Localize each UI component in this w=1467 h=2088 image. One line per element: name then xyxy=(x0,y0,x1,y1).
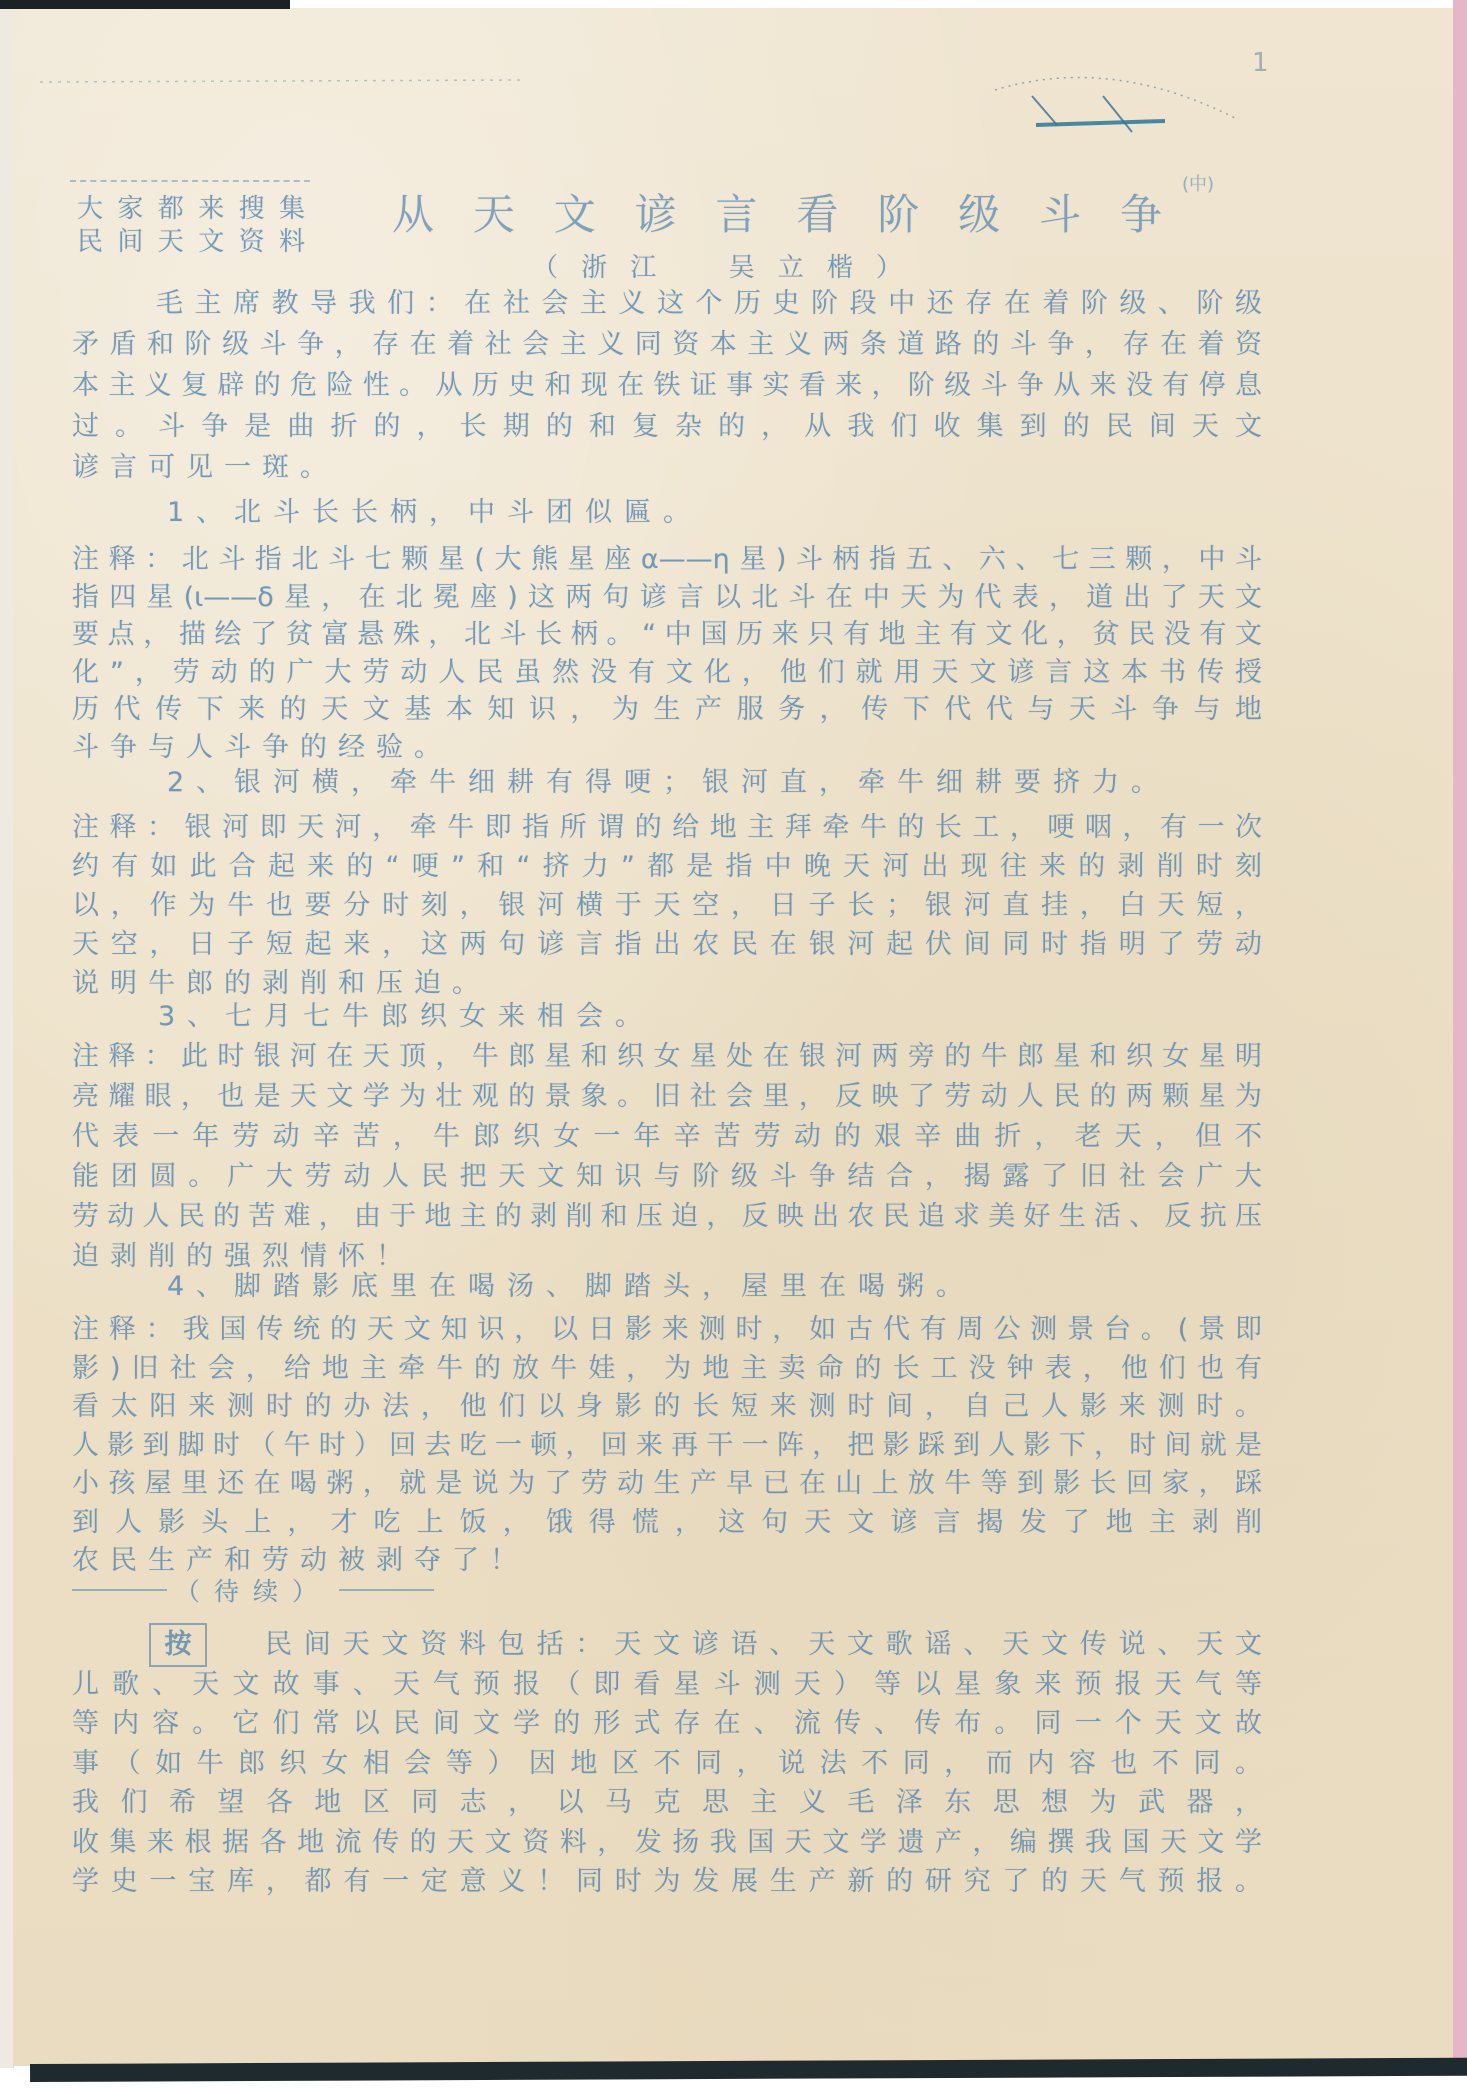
saying-notes: 注释：此时银河在天顶，牛郎星和织女星处在银河两旁的牛郎星和织女星明亮耀眼，也是天… xyxy=(72,1037,1262,1277)
saying-text: 脚踏影底里在喝汤、脚踏头，屋里在喝粥。 xyxy=(234,1268,975,1306)
page-title: 从天文谚言看阶级斗争 xyxy=(392,188,1162,242)
intro-line: 谚言可见一斑。 xyxy=(72,447,1262,488)
saying-text: 北斗长长柄，中斗团似匾。 xyxy=(234,494,702,532)
series-label-line: 大家都来搜集 xyxy=(77,193,305,226)
scan-right-edge xyxy=(1453,0,1467,2070)
note-line: 注释：此时银河在天顶，牛郎星和织女星处在银河两旁的牛郎星和织女星明 xyxy=(72,1037,1262,1077)
saying-number: 3、 xyxy=(158,998,226,1036)
dash-rule xyxy=(72,1589,167,1591)
saying-notes: 注释：银河即天河，牵牛即指所谓的给地主拜牵牛的长工，哽咽，有一次约有如此合起来的… xyxy=(72,808,1262,1003)
note-line: 注释：银河即天河，牵牛即指所谓的给地主拜牵牛的长工，哽咽，有一次 xyxy=(72,808,1262,847)
note-line: 天空，日子短起来，这两句谚言指出农民在银河起伏间同时指明了劳动 xyxy=(72,925,1262,964)
editor-note-line: 收集来根据各地流传的天文资料，发扬我国天文学遗产，编撰我国天文学 xyxy=(72,1823,1262,1863)
note-line: 代表一年劳动辛苦，牛郎织女一年辛苦劳动的艰辛曲折，老天，但不 xyxy=(72,1117,1262,1157)
series-label: 大家都来搜集民间天文资料 xyxy=(77,193,305,259)
intro-paragraph: 毛主席教导我们：在社会主义这个历史阶段中还存在着阶级、阶级矛盾和阶级斗争，存在着… xyxy=(72,283,1262,488)
dash-rule xyxy=(339,1589,434,1591)
byline: （浙江 吴立楷） xyxy=(532,250,902,286)
note-line: 影)旧社会，给地主牵牛的放牛娃，为地主卖命的长工没钟表，他们也有 xyxy=(72,1350,1262,1389)
to-be-continued-text: （待续） xyxy=(167,1572,339,1608)
editor-note-line: 我们希望各地区同志，以马克思主义毛泽东思想为武器， xyxy=(72,1783,1262,1823)
saying-number: 1、 xyxy=(167,494,235,532)
note-line: 小孩屋里还在喝粥，就是说为了劳动生产早已在山上放牛等到影长回家，踩 xyxy=(72,1465,1262,1504)
note-line: 注释：北斗指北斗七颗星(大熊星座α——η星)斗柄指五、六、七三颗，中斗 xyxy=(72,541,1262,579)
editor-note-line: 民间天文资料包括：天文谚语、天文歌谣、天文传说、天文 xyxy=(265,1625,1262,1665)
note-line: 劳动人民的苦难，由于地主的剥削和压迫，反映出农民追求美好生活、反抗压 xyxy=(72,1197,1262,1237)
note-line: 人影到脚时（午时）回去吃一顿，回来再干一阵，把影踩到人影下，时间就是 xyxy=(72,1427,1262,1466)
editor-note-line: 学史一宝库，都有一定意义！同时为发展生产新的研究了的天气预报。 xyxy=(72,1862,1262,1902)
note-line: 约有如此合起来的“哽”和“挤力”都是指中晚天河出现往来的剥削时刻 xyxy=(72,847,1262,886)
note-line: 能团圆。广大劳动人民把天文知识与阶级斗争结合，揭露了旧社会广大 xyxy=(72,1157,1262,1197)
saying-number: 2、 xyxy=(167,764,235,802)
saying-text: 七月七牛郎织女来相会。 xyxy=(225,998,654,1036)
saying-notes: 注释：我国传统的天文知识，以日影来测时，如古代有周公测景台。(景即影)旧社会，给… xyxy=(72,1311,1262,1581)
intro-line: 本主义复辟的危险性。从历史和现在铁证事实看来，阶级斗争从来没有停息 xyxy=(72,365,1262,406)
note-line: 斗争与人斗争的经验。 xyxy=(72,729,1262,767)
note-line: 以，作为牛也要分时刻，银河横于天空，日子长；银河直挂，白天短， xyxy=(72,886,1262,925)
title-part-marker: (中) xyxy=(1182,170,1214,196)
editor-note-line: 儿歌、天文故事、天气预报（即看星斗测天）等以星象来预报天气等 xyxy=(72,1665,1262,1705)
intro-line: 过。斗争是曲折的，长期的和复杂的，从我们收集到的民间天文 xyxy=(72,406,1262,447)
note-line: 亮耀眼，也是天文学为壮观的景象。旧社会里，反映了劳动人民的两颗星为 xyxy=(72,1077,1262,1117)
saying-number: 4、 xyxy=(167,1268,235,1306)
note-line: 看太阳来测时的办法，他们以身影的长短来测时间，自己人影来测时。 xyxy=(72,1388,1262,1427)
note-line: 要点，描绘了贫富悬殊，北斗长柄。“中国历来只有地主有文化，贫民没有文 xyxy=(72,616,1262,654)
note-line: 注释：我国传统的天文知识，以日影来测时，如古代有周公测景台。(景即 xyxy=(72,1311,1262,1350)
note-line: 历代传下来的天文基本知识，为生产服务，传下代代与天斗争与地 xyxy=(72,691,1262,729)
page-number: 1 xyxy=(1252,48,1269,78)
editor-note-line: 事（如牛郎织女相会等）因地区不同，说法不同，而内容也不同。 xyxy=(72,1744,1262,1784)
note-line: 化”，劳动的广大劳动人民虽然没有文化，他们就用天文谚言这本书传授 xyxy=(72,654,1262,692)
header-rule xyxy=(70,180,310,182)
note-line: 到人影头上，才吃上饭，饿得慌，这句天文谚言揭发了地主剥削 xyxy=(72,1504,1262,1543)
intro-line: 矛盾和阶级斗争，存在着社会主义同资本主义两条道路的斗争，存在着资 xyxy=(72,324,1262,365)
to-be-continued: （待续） xyxy=(72,1572,434,1608)
note-line: 指四星(ι——δ星，在北冕座)这两句谚言以北斗在中天为代表，道出了天文 xyxy=(72,579,1262,617)
saying-notes: 注释：北斗指北斗七颗星(大熊星座α——η星)斗柄指五、六、七三颗，中斗指四星(ι… xyxy=(72,541,1262,766)
scan-left-margin xyxy=(0,0,14,2068)
editor-note-text: 民间天文资料包括：天文谚语、天文歌谣、天文传说、天文儿歌、天文故事、天气预报（即… xyxy=(72,1625,1262,1902)
editor-note-line: 等内容。它们常以民间文学的形式存在、流传、传布。同一个天文故 xyxy=(72,1704,1262,1744)
intro-line: 毛主席教导我们：在社会主义这个历史阶段中还存在着阶级、阶级 xyxy=(156,283,1262,324)
series-label-line: 民间天文资料 xyxy=(77,226,305,259)
saying-text: 银河横，牵牛细耕有得哽；银河直，牵牛细耕要挤力。 xyxy=(234,764,1170,802)
